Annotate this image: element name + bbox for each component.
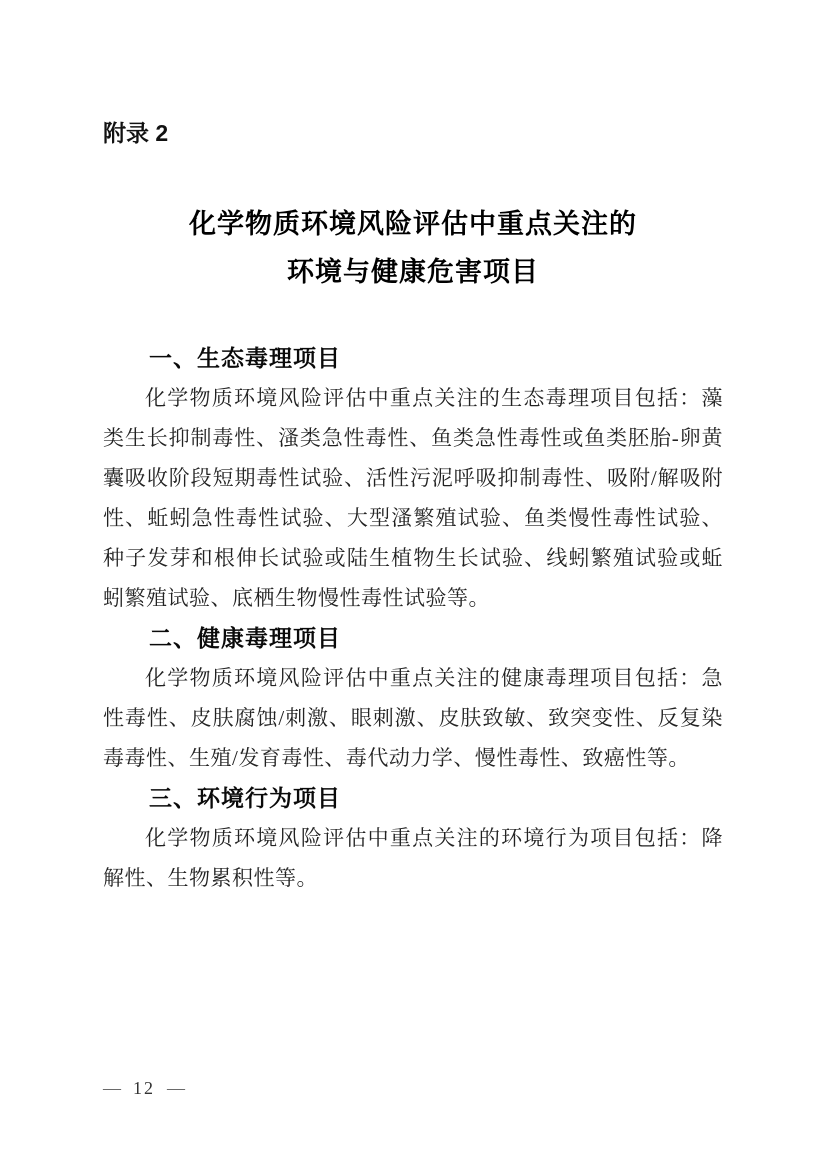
document-title-line-1: 化学物质环境风险评估中重点关注的 [103,200,723,248]
section-environmental-behavior: 三、环境行为项目 化学物质环境风险评估中重点关注的环境行为项目包括：降解性、生物… [103,778,723,898]
footer-dash-right: — [167,1078,185,1098]
section-heading-health-toxicology: 二、健康毒理项目 [103,618,723,658]
document-title: 化学物质环境风险评估中重点关注的 环境与健康危害项目 [103,200,723,296]
section-body-health-toxicology: 化学物质环境风险评估中重点关注的健康毒理项目包括：急性毒性、皮肤腐蚀/刺激、眼刺… [103,658,723,778]
section-body-environmental-behavior: 化学物质环境风险评估中重点关注的环境行为项目包括：降解性、生物累积性等。 [103,818,723,898]
document-page: 附录 2 化学物质环境风险评估中重点关注的 环境与健康危害项目 一、生态毒理项目… [0,0,826,1169]
section-eco-toxicology: 一、生态毒理项目 化学物质环境风险评估中重点关注的生态毒理项目包括：藻类生长抑制… [103,338,723,618]
page-number: 12 [133,1076,155,1100]
appendix-label: 附录 2 [103,118,723,148]
document-content: 一、生态毒理项目 化学物质环境风险评估中重点关注的生态毒理项目包括：藻类生长抑制… [103,338,723,898]
section-health-toxicology: 二、健康毒理项目 化学物质环境风险评估中重点关注的健康毒理项目包括：急性毒性、皮… [103,618,723,778]
section-body-eco-toxicology: 化学物质环境风险评估中重点关注的生态毒理项目包括：藻类生长抑制毒性、溞类急性毒性… [103,378,723,618]
section-heading-eco-toxicology: 一、生态毒理项目 [103,338,723,378]
page-footer: —12— [103,1076,185,1100]
section-heading-environmental-behavior: 三、环境行为项目 [103,778,723,818]
footer-dash-left: — [103,1078,121,1098]
document-title-line-2: 环境与健康危害项目 [103,248,723,296]
